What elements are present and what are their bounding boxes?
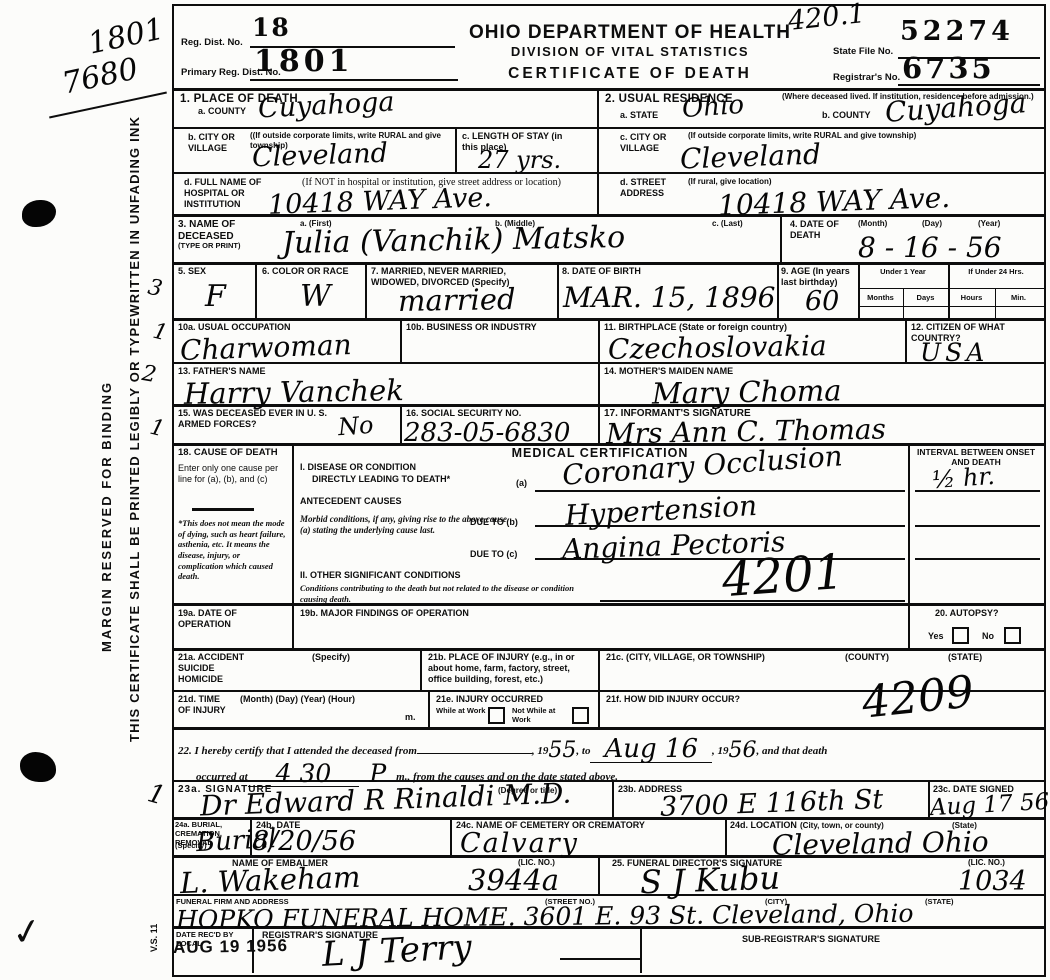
- interval-value: ½ hr.: [931, 464, 995, 492]
- grid-line: [598, 318, 600, 362]
- injury-city-label: 21c. (CITY, VILLAGE, OR TOWNSHIP): [606, 652, 765, 663]
- grid-line: [400, 404, 402, 443]
- grid-line: [255, 262, 257, 318]
- funeral-director-name-value: S J Kubu: [639, 862, 780, 899]
- hours-label: Hours: [948, 293, 995, 302]
- autopsy-yes-label: Yes: [928, 631, 944, 642]
- grid-line: [428, 690, 430, 727]
- usual-occupation-value: Charwoman: [180, 331, 353, 365]
- city-value: Cleveland: [252, 140, 389, 172]
- residence-street-value: 10418 WAY Ave.: [718, 184, 951, 220]
- margin-tally-mark: 2: [140, 363, 158, 387]
- rule-line: [250, 79, 458, 81]
- injury-state-label: (STATE): [948, 652, 982, 663]
- grid-line: [400, 318, 402, 362]
- sub-registrar-signature-label: SUB-REGISTRAR'S SIGNATURE: [742, 934, 880, 945]
- injury-occurred-label: 21e. INJURY OCCURRED: [436, 694, 543, 705]
- time-of-injury-label: 21d. TIME OF INJURY: [178, 694, 233, 716]
- primary-reg-dist-value: 1801: [254, 47, 354, 77]
- length-of-stay-value: 27 yrs.: [478, 148, 561, 172]
- certify-year2-value: 56: [728, 740, 756, 762]
- disease-condition-label: I. DISEASE OR CONDITION: [300, 462, 416, 473]
- not-while-at-work-label: Not While at Work: [512, 706, 570, 724]
- header-department-title: OHIO DEPARTMENT OF HEALTH: [440, 22, 820, 44]
- margin-unfading-ink-text: THIS CERTIFICATE SHALL BE PRINTED LEGIBL…: [128, 116, 141, 742]
- due-to-b-label: DUE TO (b): [470, 517, 518, 528]
- age-label: 9. AGE (In years last birthday): [781, 266, 853, 288]
- marital-status-value: married: [398, 285, 516, 316]
- injury-county-label: (COUNTY): [845, 652, 889, 663]
- certify-text-2: , and that death: [756, 745, 827, 759]
- funeral-firm-value: HOPKO FUNERAL HOME. 3601 E. 93 St. Cleve…: [176, 901, 914, 932]
- min-label: Min.: [995, 293, 1042, 302]
- deceased-name-value: Julia (Vanchik) Matsko: [282, 223, 626, 259]
- date-of-operation-label: 19a. DATE OF OPERATION: [178, 608, 273, 630]
- cemetery-value: Calvary: [460, 830, 579, 857]
- cause-code-handwritten: 4201: [720, 548, 845, 604]
- while-at-work-label: While at Work: [436, 706, 486, 715]
- months-label: Months: [858, 293, 903, 302]
- color-race-value: W: [300, 282, 331, 312]
- time-of-injury-m-label: m.: [405, 712, 416, 723]
- residence-county-label: b. COUNTY: [822, 110, 871, 121]
- grid-line: [420, 648, 422, 690]
- registrar-signature-value: L J Terry: [321, 930, 472, 972]
- ssn-value: 283-05-6830: [404, 420, 570, 446]
- residence-city-label: c. CITY OR VILLAGE: [620, 132, 678, 154]
- place-of-injury-label: 21b. PLACE OF INJURY (e.g., in or about …: [428, 652, 588, 684]
- certify-text-1: 22. I hereby certify that I attended the…: [178, 745, 417, 759]
- registrar-signature-rule: [560, 958, 640, 960]
- business-industry-label: 10b. BUSINESS OR INDUSTRY: [406, 322, 537, 333]
- grid-line: [598, 404, 600, 443]
- grid-line: [598, 855, 600, 894]
- antecedent-causes-label: ANTECEDENT CAUSES: [300, 496, 402, 507]
- date-of-death-month-label: (Month): [858, 219, 887, 229]
- form-code: V.S. 11: [149, 924, 159, 952]
- margin-tally-mark: 1: [145, 780, 168, 810]
- place-of-death-address-value: 10418 WAY Ave.: [268, 184, 493, 219]
- certify-year2-prefix: , 19: [712, 745, 729, 759]
- embalmer-name-value: L. Wakeham: [180, 863, 361, 898]
- residence-city-note: (If outside corporate limits, write RURA…: [688, 131, 1033, 141]
- mother-maiden-name-value: Mary Choma: [652, 376, 842, 408]
- ink-blot-bottom: [20, 752, 56, 782]
- grid-line: [450, 817, 452, 855]
- date-of-birth-label: 8. DATE OF BIRTH: [562, 266, 641, 277]
- name-of-deceased-label: 3. NAME OF DECEASED: [178, 219, 273, 243]
- funeral-director-lic-value: 1034: [958, 868, 1027, 895]
- margin-pencil-number-2: 7680: [60, 54, 141, 99]
- name-last-label: c. (Last): [712, 219, 743, 229]
- days-label: Days: [903, 293, 948, 302]
- grid-line: [455, 127, 457, 172]
- grid-line: [640, 926, 642, 973]
- firm-state-label: (STATE): [925, 897, 953, 906]
- margin-tally-mark: 1: [148, 417, 167, 442]
- grid-line: [172, 172, 1044, 174]
- age-value: 60: [805, 288, 839, 315]
- reg-dist-value: 18: [252, 15, 291, 40]
- not-while-at-work-checkbox[interactable]: [572, 707, 589, 724]
- cause-of-death-label: 18. CAUSE OF DEATH: [178, 447, 278, 458]
- grid-line: [365, 262, 367, 318]
- grid-line: [598, 648, 600, 690]
- how-injury-occurred-label: 21f. HOW DID INJURY OCCUR?: [606, 694, 740, 705]
- grid-line: [908, 603, 910, 648]
- ink-blot-top: [22, 200, 56, 227]
- armed-forces-label: 15. WAS DECEASED EVER IN U. S. ARMED FOR…: [178, 408, 343, 430]
- grid-line: [292, 443, 294, 603]
- major-findings-label: 19b. MAJOR FINDINGS OF OPERATION: [300, 608, 469, 619]
- time-of-injury-sublabel: (Month) (Day) (Year) (Hour): [240, 694, 415, 705]
- injury-scrawl-handwritten: 4209: [860, 670, 976, 725]
- grid-line: [777, 262, 779, 318]
- cause-note-2: *This does not mean the mode of dying, s…: [178, 518, 286, 582]
- grid-line: [172, 648, 1044, 651]
- grid-line: [908, 443, 910, 603]
- accident-specify-label: (Specify): [312, 652, 350, 663]
- grid-line: [557, 262, 559, 318]
- sex-label: 5. SEX: [178, 266, 206, 277]
- margin-tally-mark: 1: [151, 321, 170, 346]
- informant-signature-value: Mrs Ann C. Thomas: [606, 416, 886, 449]
- under-1-year-label: Under 1 Year: [858, 267, 948, 276]
- grid-line: [292, 603, 294, 648]
- residence-street-label: d. STREET ADDRESS: [620, 177, 682, 199]
- autopsy-label: 20. AUTOPSY?: [935, 608, 999, 619]
- state-file-label: State File No.: [833, 46, 893, 57]
- due-to-c-label: DUE TO (c): [470, 549, 517, 560]
- header-certificate-title: CERTIFICATE OF DEATH: [440, 65, 820, 83]
- residence-state-value: Ohio: [681, 92, 745, 122]
- certify-year1-prefix: , 19: [532, 745, 549, 759]
- autopsy-yes-checkbox[interactable]: [952, 627, 969, 644]
- other-significant-conditions-label: II. OTHER SIGNIFICANT CONDITIONS: [300, 570, 461, 581]
- embalmer-lic-value: 3944a: [468, 866, 559, 895]
- margin-binding-text: MARGIN RESERVED FOR BINDING: [100, 381, 113, 652]
- margin-tally-mark: 3: [146, 277, 164, 301]
- cause-note-divider: [192, 508, 254, 511]
- interval-rule: [915, 558, 1040, 560]
- grid-line: [598, 690, 600, 727]
- city-village-label: b. CITY OR VILLAGE: [188, 132, 246, 154]
- while-at-work-checkbox[interactable]: [488, 707, 505, 724]
- date-of-death-year-label: (Year): [978, 219, 1000, 229]
- father-name-value: Harry Vanchek: [184, 376, 404, 409]
- autopsy-no-label: No: [982, 631, 994, 642]
- physician-address-value: 3700 E 116th St: [660, 786, 884, 821]
- name-type-or-print-label: (TYPE OR PRINT): [178, 241, 241, 250]
- grid-line: [780, 214, 782, 262]
- registrar-number-stamp: 6735: [902, 54, 995, 83]
- grid-line: [172, 127, 1044, 129]
- color-race-label: 6. COLOR OR RACE: [262, 266, 349, 277]
- grid-line: [172, 318, 1044, 321]
- other-significant-conditions-note: Conditions contributing to the death but…: [300, 583, 590, 604]
- armed-forces-value: No: [337, 413, 374, 439]
- citizen-value: USA: [920, 340, 988, 365]
- county-label: a. COUNTY: [198, 106, 246, 117]
- residence-city-value: Cleveland: [680, 141, 822, 174]
- certify-occurred-text: occurred at: [196, 771, 248, 785]
- grid-line: [905, 318, 907, 362]
- accident-suicide-homicide-label: 21a. ACCIDENT SUICIDE HOMICIDE: [178, 652, 258, 684]
- birthplace-value: Czechoslovakia: [608, 332, 827, 364]
- reg-dist-label: Reg. Dist. No.: [181, 37, 243, 48]
- file-code-handwritten: 420.1: [787, 0, 867, 35]
- grid-line: [172, 727, 1044, 730]
- cause-note-1: Enter only one cause per line for (a), (…: [178, 463, 283, 485]
- certify-blank-from: [417, 743, 532, 754]
- burial-date-value: 8/20/56: [252, 828, 356, 855]
- grid-line: [612, 780, 614, 817]
- date-of-birth-value: MAR. 15, 1896: [563, 284, 775, 312]
- date-of-death-label: 4. DATE OF DEATH: [790, 219, 845, 241]
- disease-condition-label-2: DIRECTLY LEADING TO DEATH*: [312, 474, 450, 485]
- grid-line: [598, 362, 600, 404]
- burial-location-value: Cleveland Ohio: [772, 828, 989, 860]
- residence-state-label: a. STATE: [620, 110, 658, 121]
- grid-line: [725, 817, 727, 855]
- header-division-title: DIVISION OF VITAL STATISTICS: [440, 44, 820, 59]
- date-of-death-day-label: (Day): [922, 219, 942, 229]
- interval-rule: [915, 525, 1040, 527]
- date-signed-value: Aug 17 56: [929, 791, 1049, 820]
- death-certificate-scan: 1801 7680 MARGIN RESERVED FOR BINDING TH…: [0, 0, 1050, 980]
- county-value: Cuyahoga: [257, 88, 395, 122]
- state-file-number-stamp: 52274: [900, 18, 1014, 45]
- certify-to-text: , to: [576, 745, 590, 759]
- date-of-death-value: 8 - 16 - 56: [858, 234, 1002, 262]
- grid-line: [597, 88, 599, 214]
- autopsy-no-checkbox[interactable]: [1004, 627, 1021, 644]
- sex-value: F: [205, 282, 226, 312]
- grid-line: [858, 288, 1044, 289]
- residence-street-note: (If rural, give location): [688, 177, 772, 187]
- grid-line: [858, 306, 1044, 307]
- cause-a-tag: (a): [516, 478, 527, 489]
- under-24-hrs-label: If Under 24 Hrs.: [948, 267, 1044, 276]
- registrar-number-label: Registrar's No.: [833, 72, 900, 83]
- margin-checkmark: ✓: [9, 910, 46, 956]
